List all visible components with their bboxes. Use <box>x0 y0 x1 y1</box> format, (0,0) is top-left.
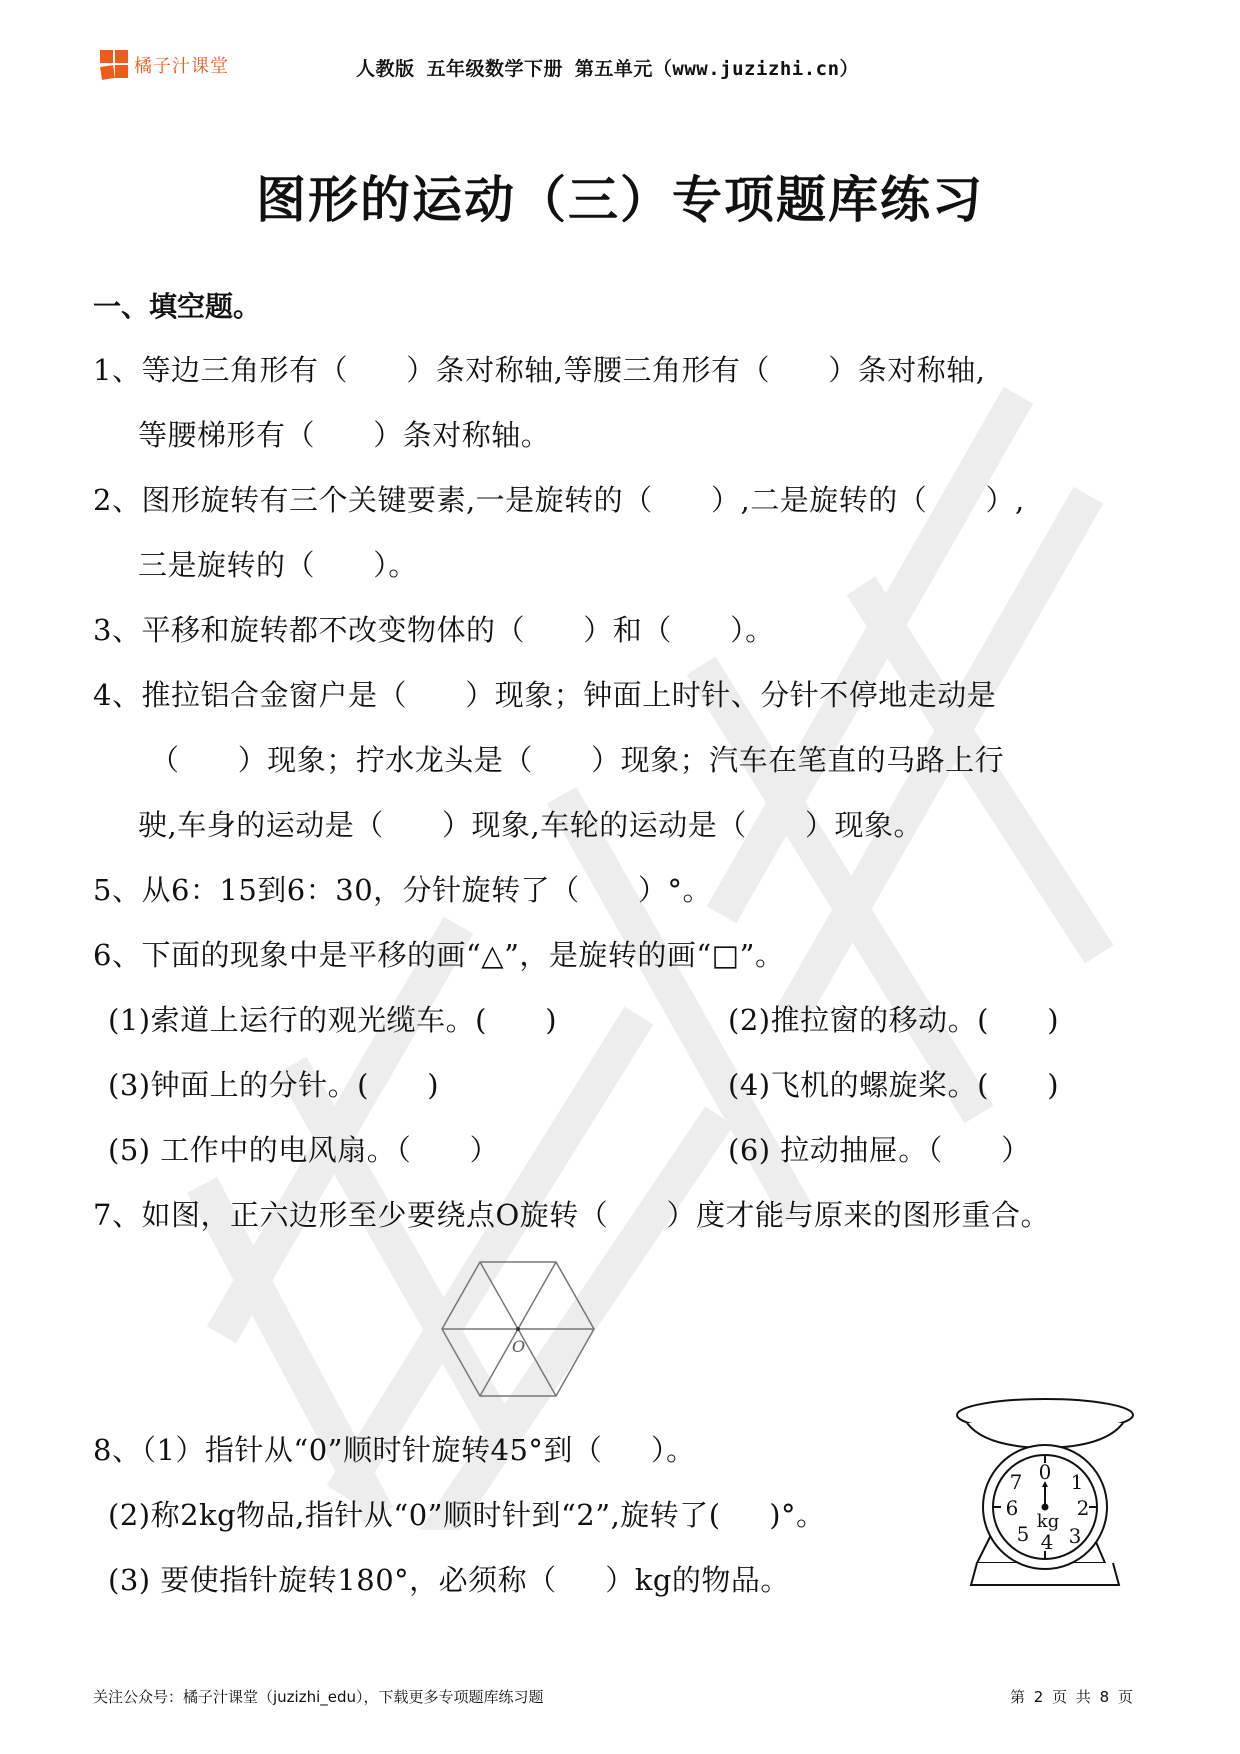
question-8-line-3: (3) 要使指针旋转180°，必须称（ ）kg的物品。 <box>108 1558 790 1599</box>
question-2-line-2: 三是旋转的（ ）。 <box>138 543 418 584</box>
question-4-line-3: 驶,车身的运动是（ ）现象,车轮的运动是（ ）现象。 <box>138 803 923 844</box>
question-1-line-1: 1、等边三角形有（ ）条对称轴,等腰三角形有（ ）条对称轴, <box>93 348 986 389</box>
page-title: 图形的运动（三）专项题库练习 <box>0 160 1240 232</box>
point-o-label: O <box>512 1337 525 1356</box>
logo-squares-icon <box>100 50 130 80</box>
question-5-line-1: 5、从6：15到6：30，分针旋转了（ ）°。 <box>93 868 712 909</box>
svg-text:1: 1 <box>1071 1470 1084 1494</box>
question-8-line-1: 8、（1）指针从“0”顺时针旋转45°到（ ）。 <box>93 1428 696 1469</box>
svg-text:7: 7 <box>1010 1470 1023 1494</box>
hexagon-figure: O <box>440 1258 600 1398</box>
weighing-scale-figure: 0 1 2 3 4 5 6 7 kg <box>955 1385 1135 1595</box>
question-6-item-2: (2)推拉窗的移动。( ) <box>728 998 1059 1039</box>
question-2-line-1: 2、图形旋转有三个关键要素,一是旋转的（ ）,二是旋转的（ ）, <box>93 478 1025 519</box>
question-6-item-6: (6) 拉动抽屉。（ ） <box>728 1128 1031 1169</box>
page-header: 橘子汁课堂 人教版 五年级数学下册 第五单元（www.juzizhi.cn） <box>0 48 1240 84</box>
section-heading: 一、填空题。 <box>93 285 261 325</box>
svg-text:2: 2 <box>1077 1496 1090 1520</box>
question-4-line-1: 4、推拉铝合金窗户是（ ）现象；钟面上时针、分针不停地走动是 <box>93 673 996 714</box>
svg-text:kg: kg <box>1037 1511 1059 1532</box>
question-6-item-4: (4)飞机的螺旋桨。( ) <box>728 1063 1059 1104</box>
question-7-line-1: 7、如图，正六边形至少要绕点O旋转（ ）度才能与原来的图形重合。 <box>93 1193 1050 1234</box>
svg-text:5: 5 <box>1017 1522 1030 1546</box>
question-8-line-2: (2)称2kg物品,指针从“0”顺时针到“2”,旋转了( )°。 <box>108 1493 826 1534</box>
svg-text:3: 3 <box>1069 1524 1082 1548</box>
svg-text:4: 4 <box>1041 1530 1054 1554</box>
footer-note: 关注公众号：橘子汁课堂（juzizhi_edu），下载更多专项题库练习题 <box>93 1686 544 1707</box>
header-title: 人教版 五年级数学下册 第五单元（www.juzizhi.cn） <box>356 54 859 81</box>
page-number: 第 2 页 共 8 页 <box>1010 1686 1133 1707</box>
svg-text:0: 0 <box>1039 1460 1052 1484</box>
question-6-line-1: 6、下面的现象中是平移的画“△”，是旋转的画“□”。 <box>93 933 784 974</box>
question-1-line-2: 等腰梯形有（ ）条对称轴。 <box>138 413 550 454</box>
question-6-item-3: (3)钟面上的分针。( ) <box>108 1063 439 1104</box>
question-6-item-5: (5) 工作中的电风扇。（ ） <box>108 1128 499 1169</box>
logo-text: 橘子汁课堂 <box>134 52 229 78</box>
brand-logo[interactable]: 橘子汁课堂 <box>100 50 229 80</box>
question-6-item-1: (1)索道上运行的观光缆车。( ) <box>108 998 557 1039</box>
svg-text:6: 6 <box>1006 1496 1019 1520</box>
question-3-line-1: 3、平移和旋转都不改变物体的（ ）和（ ）。 <box>93 608 775 649</box>
question-4-line-2: （ ）现象；拧水龙头是（ ）现象；汽车在笔直的马路上行 <box>150 738 1004 779</box>
